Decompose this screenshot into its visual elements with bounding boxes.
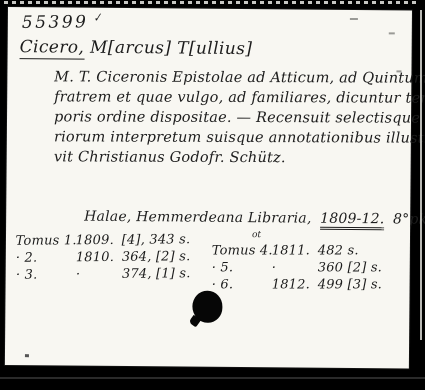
perforation-dots bbox=[4, 1, 420, 4]
description-line: riorum interpretum suisque annotationibu… bbox=[54, 127, 406, 148]
title-description: M. T. Ciceronis Epistolae ad Atticum, ad… bbox=[54, 67, 406, 168]
catalog-card: 55399✓ Cicero, M[arcus] T[ullius] M. T. … bbox=[5, 7, 412, 369]
author-heading: Cicero, M[arcus] T[ullius] bbox=[20, 37, 253, 59]
volume-pages: 499 [3] s. bbox=[318, 278, 407, 293]
volume-pages: 374, [1] s. bbox=[122, 266, 212, 282]
volume-list-left: Tomus 1. 1809. [4], 343 s. · 2. 1810. 36… bbox=[16, 232, 212, 285]
volume-year: · bbox=[272, 261, 318, 276]
scan-noise bbox=[350, 18, 358, 20]
correction-mark: ot bbox=[252, 230, 261, 240]
author-name-expansion: M[arcus] T[ullius] bbox=[84, 38, 252, 59]
scan-noise bbox=[25, 354, 29, 357]
volume-row: Tomus 1. 1809. [4], 343 s. bbox=[16, 232, 212, 251]
volume-list-right: Tomus 4. 1811. 482 s. · 5. · 360 [2] s. … bbox=[212, 244, 407, 295]
volume-year: 1809. bbox=[76, 233, 122, 248]
scanner-edge-line bbox=[0, 377, 425, 379]
volume-row: Tomus 4. 1811. 482 s. bbox=[212, 244, 407, 261]
volume-year: 1810. bbox=[76, 250, 122, 265]
description-line: poris ordine dispositae. — Recensuit sel… bbox=[54, 107, 406, 128]
check-mark: ✓ bbox=[91, 10, 103, 25]
imprint-line: Halae, Hemmerdeana Libraria, 1809-12. 8°… bbox=[84, 209, 425, 228]
volume-number: Tomus 1. bbox=[16, 233, 76, 249]
volume-number: · 3. bbox=[16, 267, 76, 283]
volume-year: 1812. bbox=[272, 278, 318, 293]
volume-pages: 482 s. bbox=[318, 244, 407, 259]
imprint-place-publisher: Halae, Hemmerdeana Libraria, bbox=[84, 209, 311, 227]
volume-number: · 5. bbox=[212, 261, 272, 276]
catalog-number-value: 55399 bbox=[22, 12, 89, 33]
volume-year: 1811. bbox=[272, 244, 318, 259]
volume-row: · 5. · 360 [2] s. bbox=[212, 261, 407, 278]
volume-pages: [4], 343 s. bbox=[122, 232, 212, 248]
volume-number: · 6. bbox=[212, 278, 272, 293]
volume-number: · 2. bbox=[16, 250, 76, 266]
punch-hole bbox=[192, 291, 222, 323]
catalog-number: 55399✓ bbox=[22, 11, 102, 33]
description-line: vit Christianus Godofr. Schütz. bbox=[54, 147, 406, 168]
volume-row: · 3. · 374, [1] s. bbox=[16, 266, 212, 285]
adjacent-card-edge bbox=[420, 10, 422, 340]
volume-year: · bbox=[76, 267, 122, 282]
volume-row: · 6. 1812. 499 [3] s. bbox=[212, 278, 407, 295]
volume-number: Tomus 4. bbox=[212, 244, 272, 259]
scan-noise bbox=[396, 70, 401, 72]
scan-noise bbox=[389, 32, 395, 34]
description-line: fratrem et quae vulgo, ad familiares, di… bbox=[54, 87, 406, 108]
imprint-dates: 1809-12. bbox=[320, 211, 384, 231]
volume-pages: 360 [2] s. bbox=[318, 261, 407, 276]
volume-row: · 2. 1810. 364, [2] s. bbox=[16, 249, 212, 268]
author-name: Cicero, bbox=[20, 37, 85, 60]
description-line: M. T. Ciceronis Epistolae ad Atticum, ad… bbox=[54, 67, 406, 88]
volume-pages: 364, [2] s. bbox=[122, 249, 212, 265]
